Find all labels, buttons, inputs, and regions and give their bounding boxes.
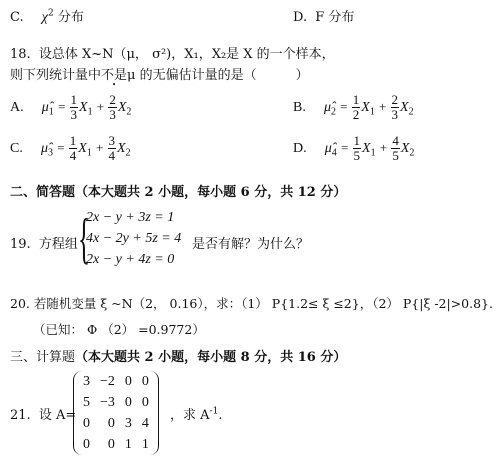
section-3-heading: 三、计算题（本大题共 2 小题，每小题 8 分，共 16 分） bbox=[10, 346, 346, 365]
matrix-cell: 4 bbox=[137, 413, 154, 434]
estimator-symbol: μ̂ bbox=[324, 100, 331, 115]
estimator-subscript: 1 bbox=[49, 107, 54, 118]
fraction: 34 bbox=[108, 134, 117, 163]
fraction: 23 bbox=[391, 93, 400, 122]
matrix-a: 3−200 5−300 0034 0011 bbox=[73, 371, 159, 455]
matrix-cell: 0 bbox=[137, 392, 154, 413]
q21-stem: 21. 设 A= bbox=[10, 404, 76, 423]
option-label: C. bbox=[10, 141, 23, 156]
matrix-row: 0034 bbox=[78, 413, 154, 434]
chi-superscript: 2 bbox=[48, 9, 54, 19]
numerator: 1 bbox=[70, 93, 79, 108]
denominator: 5 bbox=[391, 149, 400, 163]
numerator: 1 bbox=[69, 134, 78, 149]
matrix-row: 3−200 bbox=[78, 371, 154, 392]
denominator: 3 bbox=[70, 108, 79, 122]
inverse-superscript: -1 bbox=[210, 407, 219, 417]
numerator: 2 bbox=[391, 93, 400, 108]
q18-option-d: D. μ̂4 = 15X1 + 45X2 bbox=[293, 134, 414, 163]
matrix-row: 5−300 bbox=[78, 392, 154, 413]
matrix-cell: 0 bbox=[137, 371, 154, 392]
q18-option-b: B. μ̂2 = 12X1 + 23X2 bbox=[293, 93, 414, 122]
q20-stem: 20. 若随机变量 ξ ~N（2， 0.16），求：（1） P{1.2≤ ξ ≤… bbox=[10, 294, 493, 312]
question-text: 设 A= bbox=[39, 408, 76, 423]
estimator-symbol: μ̂ bbox=[42, 100, 49, 115]
matrix-cell: 1 bbox=[120, 434, 137, 455]
option-label: A. bbox=[10, 100, 24, 115]
estimator-symbol: μ̂ bbox=[325, 141, 332, 156]
denominator: 3 bbox=[391, 108, 400, 122]
q18-option-a: A. μ̂1 = 13X1 + 23X2 bbox=[10, 93, 131, 122]
numerator: 2 bbox=[108, 93, 117, 108]
q20-given: （已知： Φ （2） =0.9772） bbox=[33, 320, 205, 338]
fraction: 12 bbox=[352, 93, 361, 122]
matrix-cell: 5 bbox=[78, 392, 95, 413]
q18-stem-line2: 则下列统计量中不是μ 的无偏估计量的是（ ） bbox=[10, 64, 309, 83]
matrix-cell: −3 bbox=[95, 392, 120, 413]
equation: 2x − y + 4z = 0 bbox=[86, 249, 181, 270]
question-number: 21. bbox=[10, 408, 31, 423]
denominator: 3 bbox=[108, 108, 117, 122]
question-text: 设总体 X~N（μ， σ²)，X₁，X₂是 X 的一个样本， bbox=[39, 47, 335, 62]
question-text: 方程组 bbox=[39, 237, 78, 252]
option-text: F 分布 bbox=[315, 10, 354, 25]
section-2-heading: 二、简答题（本大题共 2 小题，每小题 6 分，共 12 分） bbox=[10, 181, 346, 200]
q21-tail: ，求 A-1. bbox=[170, 404, 222, 423]
equation: 2x − y + 3z = 1 bbox=[86, 207, 181, 228]
matrix-cell: 0 bbox=[95, 434, 120, 455]
question-text: ，求 A bbox=[170, 408, 210, 423]
question-number: 18. bbox=[10, 47, 31, 62]
denominator: 2 bbox=[352, 108, 361, 122]
q18-option-c: C. μ̂3 = 14X1 + 34X2 bbox=[10, 134, 131, 163]
matrix-cell: 0 bbox=[120, 371, 137, 392]
q19-stem: 19. 方程组 bbox=[10, 233, 78, 252]
equation: 4x − 2y + 5z = 4 bbox=[86, 228, 181, 249]
question-text: 是否有解？为什么？ bbox=[192, 233, 309, 252]
equation-system: 2x − y + 3z = 1 4x − 2y + 5z = 4 2x − y … bbox=[86, 207, 181, 270]
fraction: 45 bbox=[391, 134, 400, 163]
question-text: μ 的无偏估计量的是（ ） bbox=[127, 68, 309, 83]
fraction: 23 bbox=[108, 93, 117, 122]
estimator-subscript: 3 bbox=[48, 148, 53, 159]
estimator-subscript: 2 bbox=[331, 107, 336, 118]
denominator: 5 bbox=[353, 149, 362, 163]
numerator: 4 bbox=[391, 134, 400, 149]
numerator: 3 bbox=[108, 134, 117, 149]
fraction: 14 bbox=[69, 134, 78, 163]
estimator-subscript: 4 bbox=[332, 148, 337, 159]
numerator: 1 bbox=[352, 93, 361, 108]
matrix-cell: 0 bbox=[78, 413, 95, 434]
option-label: C. bbox=[10, 10, 24, 25]
section-detail: （本大题共 2 小题，每小题 8 分，共 16 分） bbox=[75, 350, 346, 365]
matrix-cell: 3 bbox=[78, 371, 95, 392]
section-detail: （本大题共 2 小题，每小题 6 分，共 12 分） bbox=[75, 185, 346, 200]
matrix-cell: 0 bbox=[95, 413, 120, 434]
denominator: 4 bbox=[69, 149, 78, 163]
matrix-cell: −2 bbox=[95, 371, 120, 392]
option-label: D. bbox=[293, 141, 307, 156]
option-label: B. bbox=[293, 100, 306, 115]
question-number: 19. bbox=[10, 237, 31, 252]
section-title: 二、简答题 bbox=[10, 185, 75, 200]
emphasized-text: 不是 bbox=[101, 68, 127, 83]
option-text: 分布 bbox=[58, 10, 84, 25]
fraction: 13 bbox=[70, 93, 79, 122]
denominator: 4 bbox=[108, 149, 117, 163]
fraction: 15 bbox=[353, 134, 362, 163]
q17-option-d: D. F 分布 bbox=[293, 6, 354, 25]
q17-option-c: C. χ2 分布 bbox=[10, 6, 84, 26]
matrix-row: 0011 bbox=[78, 434, 154, 455]
period: . bbox=[218, 408, 222, 423]
matrix-cell: 1 bbox=[137, 434, 154, 455]
numerator: 1 bbox=[353, 134, 362, 149]
question-text: 则下列统计量中 bbox=[10, 68, 101, 83]
matrix-cell: 0 bbox=[120, 392, 137, 413]
matrix-cell: 0 bbox=[78, 434, 95, 455]
section-title: 三、计算题 bbox=[10, 350, 75, 365]
estimator-symbol: μ̂ bbox=[41, 141, 48, 156]
matrix-cell: 3 bbox=[120, 413, 137, 434]
option-label: D. bbox=[293, 10, 307, 25]
q18-stem-line1: 18. 设总体 X~N（μ， σ²)，X₁，X₂是 X 的一个样本， bbox=[10, 43, 335, 62]
